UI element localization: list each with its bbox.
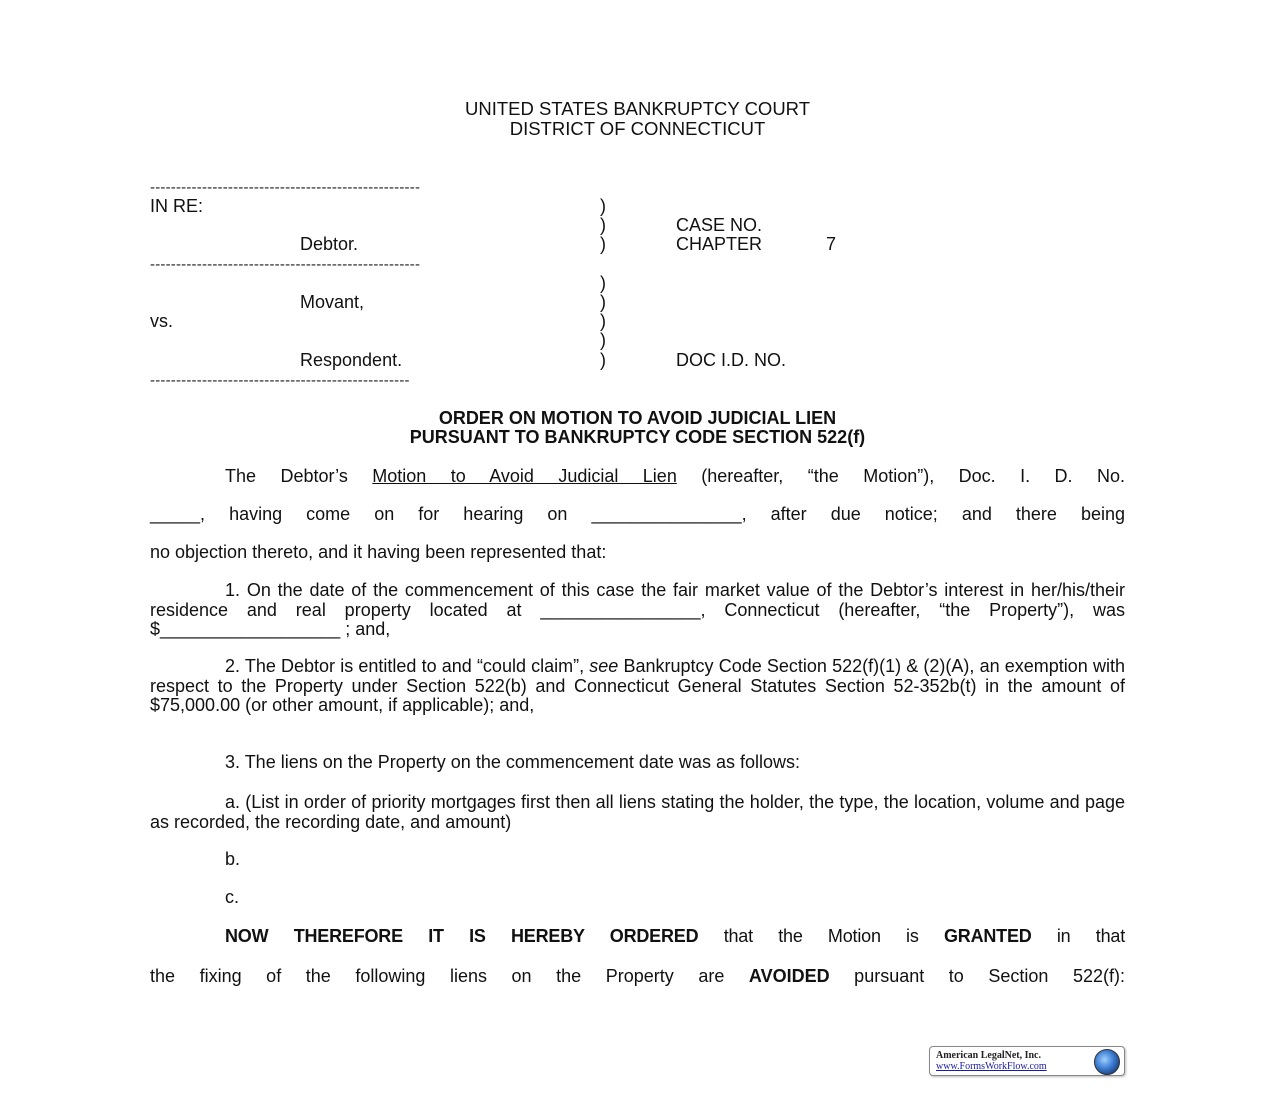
publisher-name: American LegalNet, Inc.	[936, 1050, 1041, 1061]
intro-line-1: The Debtor’s Motion to Avoid Judicial Li…	[150, 466, 1125, 486]
case-no-label: CASE NO.	[676, 215, 762, 235]
caption-divider: ----------------------------------------…	[150, 258, 420, 272]
order-title: ORDER ON MOTION TO AVOID JUDICIAL LIEN	[0, 408, 1275, 428]
paragraph-2: 2. The Debtor is entitled to and “could …	[150, 657, 1125, 716]
debtor-label: Debtor.	[300, 234, 358, 254]
doc-id-label: DOC I.D. NO.	[676, 350, 786, 370]
respondent-label: Respondent.	[300, 350, 402, 370]
caption-paren: )	[600, 350, 606, 370]
caption-paren: )	[600, 292, 606, 312]
lien-item-c: c.	[225, 887, 239, 907]
caption-paren: )	[600, 273, 606, 293]
order-line-2: the fixing of the following liens on the…	[150, 966, 1125, 986]
court-district: DISTRICT OF CONNECTICUT	[0, 119, 1275, 139]
caption-paren: )	[600, 196, 606, 216]
lien-item-b: b.	[225, 849, 240, 869]
paragraph-3: 3. The liens on the Property on the comm…	[150, 753, 1125, 773]
motion-reference: Motion to Avoid Judicial Lien	[372, 466, 677, 486]
publisher-link[interactable]: www.FormsWorkFlow.com	[936, 1061, 1047, 1072]
intro-line-3: no objection thereto, and it having been…	[150, 542, 1125, 562]
caption-paren: )	[600, 311, 606, 331]
order-subtitle: PURSUANT TO BANKRUPTCY CODE SECTION 522(…	[0, 427, 1275, 447]
publisher-logo[interactable]: American LegalNet, Inc. www.FormsWorkFlo…	[929, 1046, 1125, 1076]
caption-divider: ----------------------------------------…	[150, 181, 420, 195]
in-re-label: IN RE:	[150, 196, 203, 216]
globe-icon	[1094, 1049, 1120, 1075]
movant-label: Movant,	[300, 292, 364, 312]
caption-paren: )	[600, 330, 606, 350]
vs-label: vs.	[150, 311, 173, 331]
paragraph-1: 1. On the date of the commencement of th…	[150, 581, 1125, 640]
lien-item-a: a. (List in order of priority mortgages …	[150, 793, 1125, 832]
caption-divider: ----------------------------------------…	[150, 374, 410, 388]
caption-paren: )	[600, 215, 606, 235]
order-line-1: NOW THEREFORE IT IS HEREBY ORDERED that …	[150, 926, 1125, 946]
chapter-value: 7	[826, 234, 836, 254]
court-name: UNITED STATES BANKRUPTCY COURT	[0, 99, 1275, 119]
intro-line-2: _____, having come on for hearing on ___…	[150, 504, 1125, 524]
chapter-label: CHAPTER	[676, 234, 762, 254]
caption-paren: )	[600, 234, 606, 254]
